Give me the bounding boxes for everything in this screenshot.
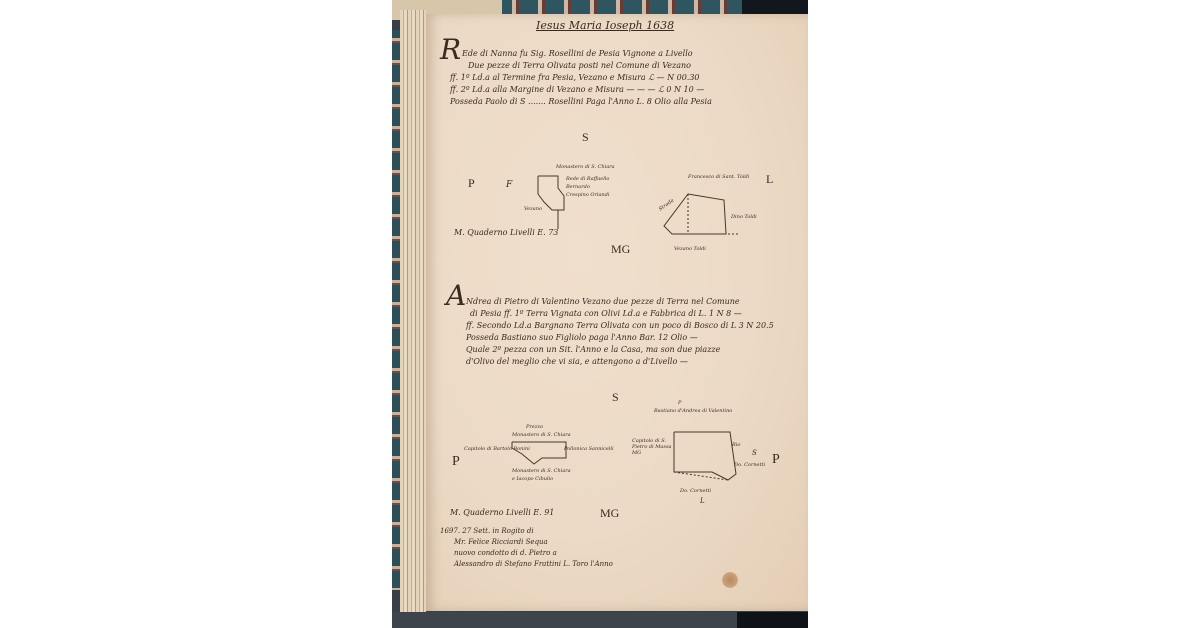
compass-north: S: [582, 130, 589, 145]
note-line: 1697. 27 Sett. in Rogito di: [440, 526, 534, 537]
scan-shadow: [737, 612, 808, 628]
plot-label: S: [752, 450, 757, 456]
entry-line: ff. Secondo Ld.a Bargnano Terra Olivata …: [466, 320, 774, 331]
page-heading: Iesus Maria Ioseph 1638: [536, 19, 674, 32]
plot-label: Francesco di Sant. Toldi: [688, 174, 749, 180]
plot-label: Rede di Raffaello: [566, 176, 609, 182]
compass-north: S: [612, 390, 619, 405]
plot-label: Bernardo: [566, 184, 590, 190]
compass-south: MG: [611, 242, 630, 257]
plot-label: L: [700, 498, 705, 504]
entry-line: Posseda Bastiano suo Figliolo paga l'Ann…: [466, 332, 698, 343]
plot-diagram: [662, 192, 742, 242]
plot-diagram: [512, 440, 582, 465]
compass-south: MG: [600, 506, 619, 521]
manuscript-page: Iesus Maria Ioseph 1638 R Ede di Nanna f…: [426, 14, 808, 611]
compass-east: L: [766, 172, 773, 187]
entry-initial: A: [446, 282, 466, 310]
compass-west: P: [452, 454, 460, 470]
plot-label: Capitolo di S. Pietro di Massa MG: [632, 438, 672, 456]
register-reference: M. Quaderno Livelli E. 73: [454, 228, 558, 237]
plot-label: Prezzo: [526, 424, 543, 430]
compass-east: P: [772, 452, 780, 468]
entry-line: ff. 1º Ld.a al Termine fra Pesia, Vezano…: [450, 72, 700, 83]
entry-line: Due pezze di Terra Olivata posti nel Com…: [468, 60, 691, 71]
entry-line: Posseda Paolo di S ....... Rosellini Pag…: [450, 96, 712, 107]
entry-initial: R: [440, 36, 461, 64]
register-reference: M. Quaderno Livelli E. 91: [450, 508, 554, 517]
entry-line: ff. 2º Ld.a alla Margine di Vezano e Mis…: [450, 84, 704, 95]
note-line: nuovo condotto di d. Pietro a: [454, 548, 557, 559]
entry-line: d'Olivo del meglio che vi sia, e attengo…: [466, 356, 688, 367]
plot-label: e Iacopo Cibulio: [512, 476, 553, 482]
plot-label: Crespino Orlandi: [566, 192, 609, 198]
plot-label: Vezano Toldi: [674, 246, 706, 252]
plot-diagram: [536, 174, 566, 219]
plot-label: F: [506, 182, 512, 188]
plot-label: P: [678, 400, 681, 406]
note-line: Alessandro di Stefano Frattini L. Toro l…: [454, 559, 613, 570]
plot-label: Monastero di S. Chiara: [512, 432, 571, 438]
compass-west: P: [468, 176, 475, 191]
entry-line: Ndrea di Pietro di Valentino Vezano due …: [466, 296, 740, 307]
ink-stain: [722, 572, 738, 588]
manuscript-scan: Iesus Maria Ioseph 1638 R Ede di Nanna f…: [392, 0, 808, 628]
page-edges: [400, 10, 426, 616]
plot-diagram: [672, 430, 742, 490]
note-line: Mr. Felice Ricciardi Sequa: [454, 537, 548, 548]
entry-line: Ede di Nanna fu Sig. Rosellini de Pesia …: [462, 48, 693, 59]
entry-line: Quale 2º pezza con un Sit. l'Anno e la C…: [466, 344, 720, 355]
plot-label: Monastero di S. Chiara: [512, 468, 571, 474]
plot-label: Bastiano d'Andrea di Valentino: [654, 408, 732, 414]
plot-label: Monastero di S. Chiara: [556, 164, 615, 170]
entry-line: di Pesia ff. 1º Terra Vignata con Olivi …: [470, 308, 742, 319]
